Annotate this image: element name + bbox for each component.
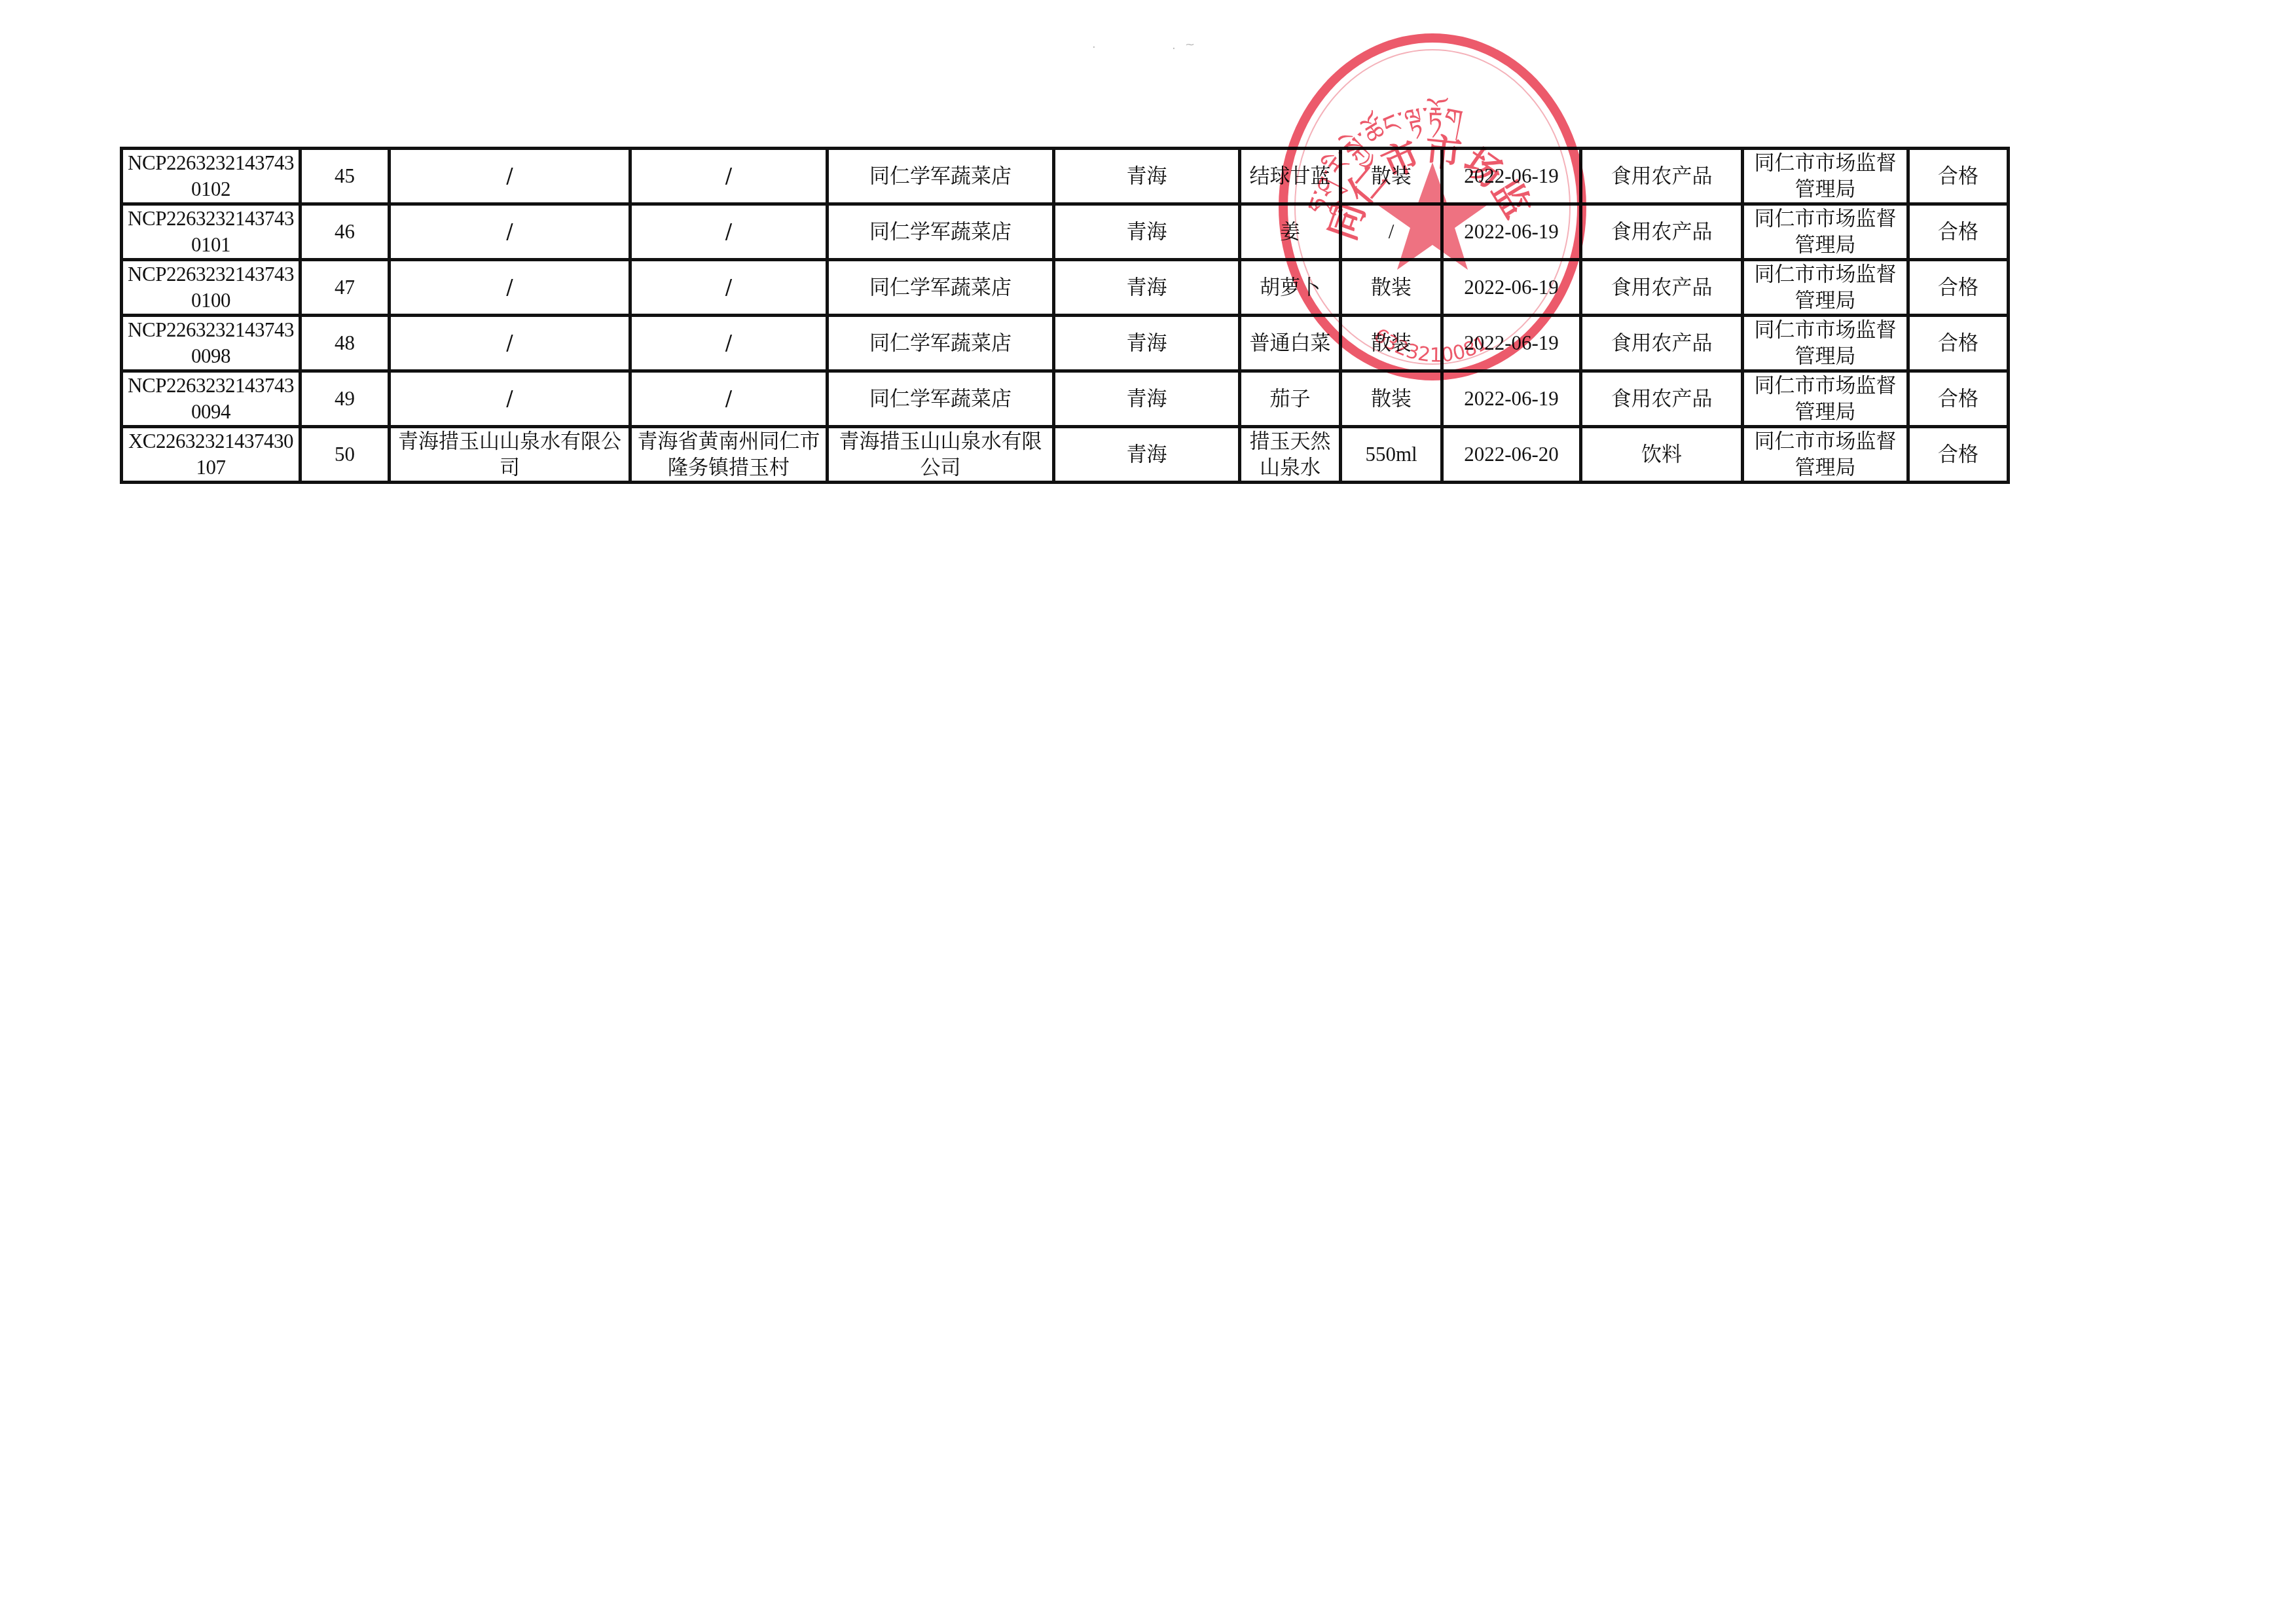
specification-cell: 散装 [1341,149,1442,204]
sampled-region-cell: 青海 [1054,260,1240,316]
specification-cell: 散装 [1341,316,1442,371]
sample-code-cell: XC22632321437430107 [122,427,301,483]
sample-code-cell: NCP22632321437430098 [122,316,301,371]
manufacturer-address-cell: / [630,149,828,204]
serial-number-cell: 45 [301,149,390,204]
food-category-cell: 饮料 [1581,427,1743,483]
table-row: XC2263232143743010750青海措玉山山泉水有限公司青海省黄南州同… [122,427,2009,483]
result-cell: 合格 [1908,316,2009,371]
sampled-unit-cell: 同仁学军蔬菜店 [828,316,1054,371]
product-name-cell: 姜 [1240,204,1341,260]
specification-cell: 550ml [1341,427,1442,483]
sampled-unit-cell: 同仁学军蔬菜店 [828,149,1054,204]
production-date-cell: 2022-06-20 [1442,427,1581,483]
product-name-cell: 胡萝卜 [1240,260,1341,316]
sample-code-cell: NCP22632321437430101 [122,204,301,260]
serial-number-cell: 47 [301,260,390,316]
manufacturer-cell: 青海措玉山山泉水有限公司 [390,427,630,483]
document-page: · · ~ NCP2263232143743010245//同仁学军蔬菜店青海结… [0,0,2296,1624]
sampled-region-cell: 青海 [1054,149,1240,204]
sampled-unit-cell: 同仁学军蔬菜店 [828,204,1054,260]
table-row: NCP2263232143743010146//同仁学军蔬菜店青海姜/2022-… [122,204,2009,260]
sampled-region-cell: 青海 [1054,204,1240,260]
serial-number-cell: 50 [301,427,390,483]
production-date-cell: 2022-06-19 [1442,371,1581,427]
manufacturer-cell: / [390,316,630,371]
serial-number-cell: 46 [301,204,390,260]
sample-code-cell: NCP22632321437430100 [122,260,301,316]
manufacturer-address-cell: / [630,260,828,316]
result-cell: 合格 [1908,260,2009,316]
sample-code-cell: NCP22632321437430094 [122,371,301,427]
manufacturer-address-cell: / [630,371,828,427]
product-name-cell: 茄子 [1240,371,1341,427]
sample-code-cell: NCP22632321437430102 [122,149,301,204]
specification-cell: / [1341,204,1442,260]
product-name-cell: 普通白菜 [1240,316,1341,371]
manufacturer-cell: / [390,260,630,316]
food-category-cell: 食用农产品 [1581,371,1743,427]
result-cell: 合格 [1908,427,2009,483]
authority-cell: 同仁市市场监督管理局 [1743,371,1908,427]
food-category-cell: 食用农产品 [1581,316,1743,371]
sampled-region-cell: 青海 [1054,371,1240,427]
food-category-cell: 食用农产品 [1581,260,1743,316]
table-body: NCP2263232143743010245//同仁学军蔬菜店青海结球甘蓝散装2… [122,149,2009,483]
manufacturer-cell: / [390,371,630,427]
manufacturer-cell: / [390,204,630,260]
sampled-region-cell: 青海 [1054,316,1240,371]
scan-speck: · [1092,41,1096,54]
product-name-cell: 结球甘蓝 [1240,149,1341,204]
authority-cell: 同仁市市场监督管理局 [1743,204,1908,260]
scan-speck: ~ [1185,38,1195,52]
product-name-cell: 措玉天然山泉水 [1240,427,1341,483]
table-row: NCP2263232143743010245//同仁学军蔬菜店青海结球甘蓝散装2… [122,149,2009,204]
manufacturer-address-cell: / [630,316,828,371]
manufacturer-address-cell: / [630,204,828,260]
authority-cell: 同仁市市场监督管理局 [1743,427,1908,483]
serial-number-cell: 49 [301,371,390,427]
food-category-cell: 食用农产品 [1581,204,1743,260]
inspection-results-table: NCP2263232143743010245//同仁学军蔬菜店青海结球甘蓝散装2… [120,147,2010,484]
sampled-unit-cell: 同仁学军蔬菜店 [828,260,1054,316]
manufacturer-cell: / [390,149,630,204]
sampled-unit-cell: 同仁学军蔬菜店 [828,371,1054,427]
table-row: NCP2263232143743010047//同仁学军蔬菜店青海胡萝卜散装20… [122,260,2009,316]
food-category-cell: 食用农产品 [1581,149,1743,204]
production-date-cell: 2022-06-19 [1442,149,1581,204]
authority-cell: 同仁市市场监督管理局 [1743,316,1908,371]
specification-cell: 散装 [1341,371,1442,427]
sampled-unit-cell: 青海措玉山山泉水有限公司 [828,427,1054,483]
sampled-region-cell: 青海 [1054,427,1240,483]
scan-speck: · [1172,42,1176,56]
manufacturer-address-cell: 青海省黄南州同仁市隆务镇措玉村 [630,427,828,483]
result-cell: 合格 [1908,204,2009,260]
production-date-cell: 2022-06-19 [1442,316,1581,371]
serial-number-cell: 48 [301,316,390,371]
result-cell: 合格 [1908,149,2009,204]
result-cell: 合格 [1908,371,2009,427]
production-date-cell: 2022-06-19 [1442,204,1581,260]
authority-cell: 同仁市市场监督管理局 [1743,149,1908,204]
specification-cell: 散装 [1341,260,1442,316]
table-row: NCP2263232143743009848//同仁学军蔬菜店青海普通白菜散装2… [122,316,2009,371]
production-date-cell: 2022-06-19 [1442,260,1581,316]
authority-cell: 同仁市市场监督管理局 [1743,260,1908,316]
table-row: NCP2263232143743009449//同仁学军蔬菜店青海茄子散装202… [122,371,2009,427]
